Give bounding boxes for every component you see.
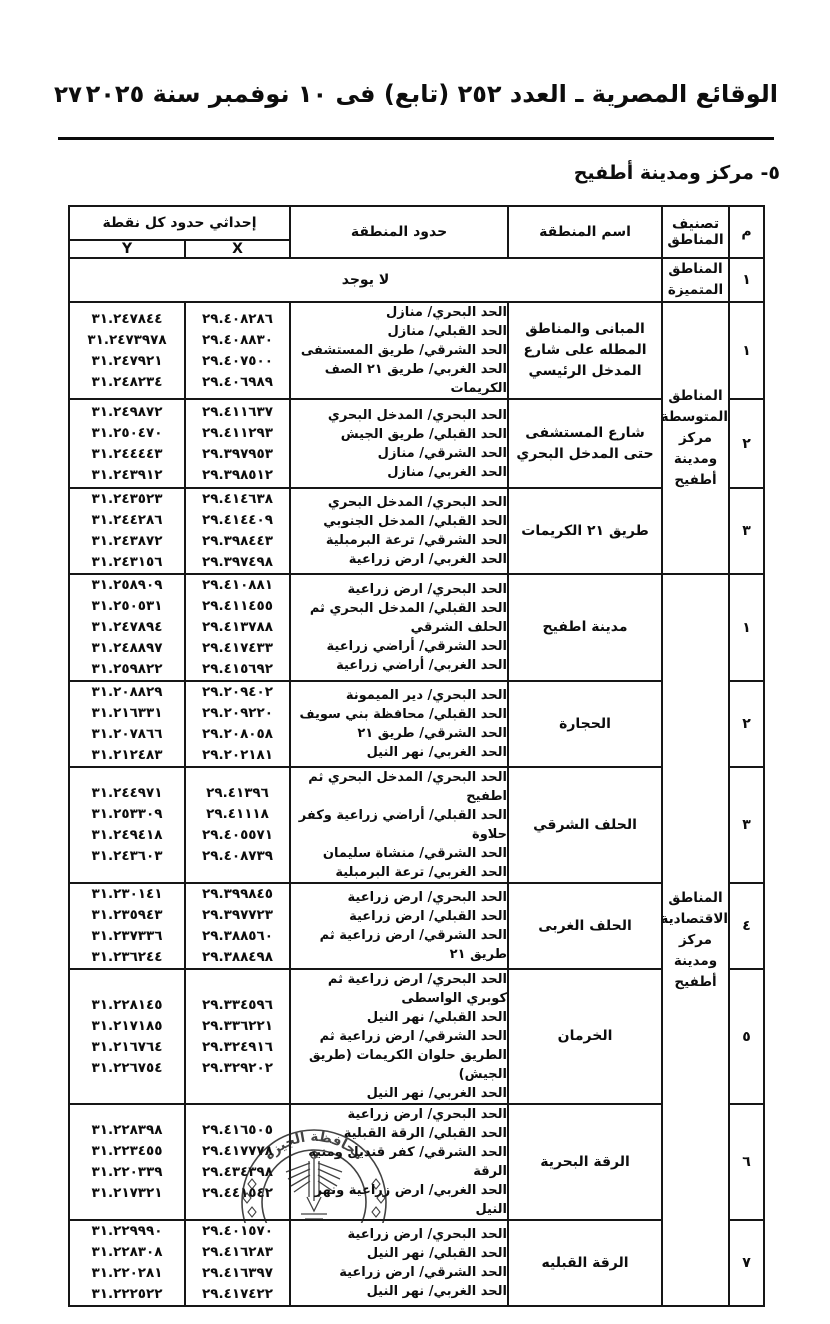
boundaries-cell: الحد البحري/ ارض زراعيةالحد القبلي/ نهر … <box>290 1220 508 1306</box>
table-row: ٥الخرمانالحد البحري/ ارض زراعية ثم كوبري… <box>69 969 764 1104</box>
x-coordinate: ٢٩.٤١٧٤٢٢ <box>186 1284 289 1305</box>
x-coordinate: ٢٩.٤١١٤٥٥ <box>186 596 289 617</box>
col-header-x: X <box>185 240 290 258</box>
y-coordinate: ٣١.٢٥٩٨٢٢ <box>70 659 184 680</box>
boundaries-cell: الحد البحري/ منازلالحد القبلي/ منازلالحد… <box>290 302 508 399</box>
area-name-cell: المبانى والمناطق المطله على شارع المدخل … <box>508 302 662 399</box>
y-coordinate: ٣١.٢٤٣٩١٢ <box>70 465 184 486</box>
boundaries-cell: الحد البحري/ ارض زراعية ثم كوبري الواسطى… <box>290 969 508 1104</box>
x-coordinate: ٢٩.٣٣٤٥٩٦ <box>186 995 289 1016</box>
boundary-line: الحد الغربي/ نهر النيل <box>291 743 507 762</box>
y-coordinate: ٣١.٢٢٩٩٩٠ <box>70 1221 184 1242</box>
gazette-page: الوقائع المصرية ـ العدد ٢٥٢ (تابع) فى ١٠… <box>0 0 830 1324</box>
x-coords-cell: ٢٩.٤٠٨٢٨٦٢٩.٤٠٨٨٣٠٢٩.٤٠٧٥٠٠٢٩.٤٠٦٩٨٩ <box>185 302 290 399</box>
boundary-line: الحد القبلي/ منازل <box>291 322 507 341</box>
boundaries-cell: الحد البحري/ المدخل البحريالحد القبلي/ ط… <box>290 399 508 488</box>
boundary-line: الحد القبلي/ المدخل البحري ثم الحلف الشر… <box>291 599 507 637</box>
row-serial: ٢ <box>729 681 764 767</box>
page-number: ٢٧ <box>50 82 82 108</box>
row-serial: ٢ <box>729 399 764 488</box>
boundary-line: الحد الغربي/ أراضي زراعية <box>291 656 507 675</box>
boundary-line: الحد القبلي/ أراضي زراعية وكفر حلاوة <box>291 806 507 844</box>
area-name-cell: الحلف الغربى <box>508 883 662 969</box>
x-coordinate: ٢٩.٤١١١٨ <box>186 804 289 825</box>
x-coordinate: ٢٩.٤٠٥٥٧١ <box>186 825 289 846</box>
y-coordinate: ٣١.٢٣٥٩٤٣ <box>70 905 184 926</box>
x-coordinate: ٢٩.٣٨٨٤٩٨ <box>186 947 289 968</box>
row-serial: ٦ <box>729 1104 764 1220</box>
y-coordinate: ٣١.٢٤٣٨٧٢ <box>70 531 184 552</box>
x-coordinate: ٢٩.٣٩٩٨٤٥ <box>186 884 289 905</box>
boundary-line: الحد الشرقي/ طريق ٢١ <box>291 724 507 743</box>
y-coordinate: ٣١.٢٥٨٩٠٩ <box>70 575 184 596</box>
y-coordinate: ٣١.٢١٢٤٨٣ <box>70 745 184 766</box>
x-coordinate: ٢٩.٤١٤٤٠٩ <box>186 510 289 531</box>
boundary-line: الحد البحري/ منازل <box>291 303 507 322</box>
x-coordinate: ٢٩.٤١٦٥٠٥ <box>186 1120 289 1141</box>
classification-cell: المناطق المتوسطة مركز ومدينة أطفيح <box>662 302 729 574</box>
boundary-line: الحد الشرقي/ ترعة البرمبلية <box>291 531 507 550</box>
table-row: ٢الحجارةالحد البحري/ دير الميمونةالحد ال… <box>69 681 764 767</box>
boundary-line: الحد القبلي/ نهر النيل <box>291 1244 507 1263</box>
x-coords-cell: ٢٩.٣٩٩٨٤٥٢٩.٣٩٧٧٢٣٢٩.٣٨٨٥٦٠٢٩.٣٨٨٤٩٨ <box>185 883 290 969</box>
x-coordinate: ٢٩.٤٤١٥٤٢ <box>186 1183 289 1204</box>
y-coordinate: ٣١.٢٣٧٣٣٦ <box>70 926 184 947</box>
boundary-line: الحد البحري/ المدخل البحري <box>291 406 507 425</box>
x-coords-cell: ٢٩.٤١٦٥٠٥٢٩.٤١٧٧٧٨٢٩.٤٣٤٣٩٨٢٩.٤٤١٥٤٢ <box>185 1104 290 1220</box>
y-coords-cell: ٣١.٢٤٣٥٢٣٣١.٢٤٤٢٨٦٣١.٢٤٣٨٧٢٣١.٢٤٣١٥٦ <box>69 488 185 574</box>
y-coords-cell: ٣١.٢٤٤٩٧١٣١.٢٥٣٣٠٩٣١.٢٤٩٤١٨٣١.٢٤٣٦٠٣ <box>69 767 185 883</box>
x-coords-cell: ٢٩.٣٣٤٥٩٦٢٩.٣٣٦٢٢١٢٩.٣٢٤٩١٦٢٩.٣٢٩٢٠٢ <box>185 969 290 1104</box>
boundary-line: الحد البحري/ المدخل البحري ثم اطفيح <box>291 768 507 806</box>
x-coordinate: ٢٩.٣٩٧٤٩٨ <box>186 552 289 573</box>
section-title: ٥- مركز ومدينة أطفيح <box>574 162 780 184</box>
gazette-title: الوقائع المصرية ـ العدد ٢٥٢ (تابع) فى ١٠… <box>86 80 778 108</box>
y-coordinate: ٣١.٢٠٧٨٦٦ <box>70 724 184 745</box>
row-serial: ١ <box>729 574 764 681</box>
y-coordinate: ٣١.٢٤٣١٥٦ <box>70 552 184 573</box>
area-name-cell: الحلف الشرقي <box>508 767 662 883</box>
row-serial: ٧ <box>729 1220 764 1306</box>
y-coordinate: ٣١.٢٤٤٤٤٣ <box>70 444 184 465</box>
classification-cell: المناطق الاقتصادية مركز ومدينة أطفيح <box>662 574 729 1306</box>
y-coordinate: ٣١.٢٥٣٣٠٩ <box>70 804 184 825</box>
table-row: ٤الحلف الغربىالحد البحري/ ارض زراعيةالحد… <box>69 883 764 969</box>
zones-table: م تصنيف المناطق اسم المنطقة حدود المنطقة… <box>68 205 765 1307</box>
y-coordinate: ٣١.٢١٧١٨٥ <box>70 1016 184 1037</box>
page-header: الوقائع المصرية ـ العدد ٢٥٢ (تابع) فى ١٠… <box>50 80 778 108</box>
row-serial: ٥ <box>729 969 764 1104</box>
boundary-line: الحد القبلي/ المدخل الجنوبي <box>291 512 507 531</box>
y-coordinate: ٣١.٢٤٧٨٤٤ <box>70 309 184 330</box>
boundaries-cell: الحد البحري/ ارض زراعيةالحد القبلي/ ارض … <box>290 883 508 969</box>
boundaries-cell: الحد البحري/ ارض زراعيةالحد القبلي/ الرق… <box>290 1104 508 1220</box>
boundary-line: الحد الغربي/ منازل <box>291 463 507 482</box>
y-coords-cell: ٣١.٢٢٩٩٩٠٣١.٢٢٨٣٠٨٣١.٢٢٠٢٨١٣١.٢٢٢٥٢٢ <box>69 1220 185 1306</box>
boundary-line: الحد الشرقي/ منشاة سليمان <box>291 844 507 863</box>
x-coords-cell: ٢٩.٤١٠٨٨١٢٩.٤١١٤٥٥٢٩.٤١٣٧٨٨٢٩.٤١٧٤٣٣٢٩.٤… <box>185 574 290 681</box>
x-coordinate: ٢٩.٣٩٧٧٢٣ <box>186 905 289 926</box>
area-name-cell: الحجارة <box>508 681 662 767</box>
table-row: ٣الحلف الشرقيالحد البحري/ المدخل البحري … <box>69 767 764 883</box>
y-coordinate: ٣١.٢٠٨٨٢٩ <box>70 682 184 703</box>
x-coordinate: ٢٩.٤١٧٧٧٨ <box>186 1141 289 1162</box>
x-coordinate: ٢٩.٢٠٩٤٠٢ <box>186 682 289 703</box>
x-coordinate: ٢٩.٤٠٨٧٣٩ <box>186 846 289 867</box>
classification-cell: المناطق المتميزة <box>662 258 729 302</box>
header-divider <box>58 137 774 140</box>
x-coords-cell: ٢٩.٤١١٦٣٧٢٩.٤١١٢٩٣٢٩.٣٩٧٩٥٣٢٩.٣٩٨٥١٢ <box>185 399 290 488</box>
area-name-cell: شارع المستشفى حتى المدخل البحري <box>508 399 662 488</box>
y-coordinate: ٣١.٢١٧٣٢١ <box>70 1183 184 1204</box>
row-serial: ١ <box>729 258 764 302</box>
row-serial: ٤ <box>729 883 764 969</box>
x-coordinate: ٢٩.٤١١٦٣٧ <box>186 402 289 423</box>
col-header-y: Y <box>69 240 185 258</box>
y-coordinate: ٣١.٢٤٣٥٢٣ <box>70 489 184 510</box>
y-coordinate: ٣١.٢٣٦٢٤٤ <box>70 947 184 968</box>
x-coordinate: ٢٩.٤١٣٩٦ <box>186 783 289 804</box>
area-name-cell: الخرمان <box>508 969 662 1104</box>
x-coordinate: ٢٩.٢٠٨٠٥٨ <box>186 724 289 745</box>
x-coords-cell: ٢٩.٤١٤٦٣٨٢٩.٤١٤٤٠٩٢٩.٣٩٨٤٤٣٢٩.٣٩٧٤٩٨ <box>185 488 290 574</box>
x-coordinate: ٢٩.٣٩٧٩٥٣ <box>186 444 289 465</box>
boundary-line: الحد الشرقي/ ارض زراعية ثم طريق ٢١ <box>291 926 507 964</box>
x-coords-cell: ٢٩.٤١٣٩٦٢٩.٤١١١٨٢٩.٤٠٥٥٧١٢٩.٤٠٨٧٣٩ <box>185 767 290 883</box>
boundary-line: الحد البحري/ دير الميمونة <box>291 686 507 705</box>
row-serial: ١ <box>729 302 764 399</box>
y-coords-cell: ٣١.٢٤٩٨٧٢٣١.٢٥٠٤٧٠٣١.٢٤٤٤٤٣٣١.٢٤٣٩١٢ <box>69 399 185 488</box>
x-coordinate: ٢٩.٢٠٩٢٢٠ <box>186 703 289 724</box>
y-coordinate: ٣١.٢٢٢٥٢٢ <box>70 1284 184 1305</box>
y-coords-cell: ٣١.٢٤٧٨٤٤٣١.٢٤٧٣٩٧٨٣١.٢٤٧٩٢١٣١.٢٤٨٢٣٤ <box>69 302 185 399</box>
table-row: ١المناطق الاقتصادية مركز ومدينة أطفيحمدي… <box>69 574 764 681</box>
zones-table-header: م تصنيف المناطق اسم المنطقة حدود المنطقة… <box>69 206 764 258</box>
boundary-line: الحد القبلي/ نهر النيل <box>291 1008 507 1027</box>
y-coordinate: ٣١.٢٤٩٤١٨ <box>70 825 184 846</box>
table-row: ٣طريق ٢١ الكريماتالحد البحري/ المدخل الب… <box>69 488 764 574</box>
y-coordinate: ٣١.٢٢٨١٤٥ <box>70 995 184 1016</box>
area-name-cell: مدينة اطفيح <box>508 574 662 681</box>
boundary-line: الحد الغربي/ ترعة البرمبلية <box>291 863 507 882</box>
boundary-line: الحد الشرقي/ ارض زراعية ثم الطريق حلوان … <box>291 1027 507 1084</box>
boundaries-cell: الحد البحري/ دير الميمونةالحد القبلي/ مح… <box>290 681 508 767</box>
y-coordinate: ٣١.٢٢٠٣٣٩ <box>70 1162 184 1183</box>
boundary-line: الحد الشرقي/ طريق المستشفى <box>291 341 507 360</box>
boundary-line: الحد البحري/ ارض زراعية <box>291 1225 507 1244</box>
x-coordinate: ٢٩.٤١٣٧٨٨ <box>186 617 289 638</box>
x-coordinate: ٢٩.٣٩٨٤٤٣ <box>186 531 289 552</box>
area-name-cell: طريق ٢١ الكريمات <box>508 488 662 574</box>
boundary-line: الحد الشرقي/ كفر قنديل ومنية الرقة <box>291 1143 507 1181</box>
y-coordinate: ٣١.٢٢٦٧٥٤ <box>70 1058 184 1079</box>
y-coordinate: ٣١.٢١٦٣٣١ <box>70 703 184 724</box>
x-coordinate: ٢٩.٤١٥٦٩٢ <box>186 659 289 680</box>
x-coordinate: ٢٩.٤٠٦٩٨٩ <box>186 372 289 393</box>
y-coordinate: ٣١.٢٤٧٨٩٤ <box>70 617 184 638</box>
x-coordinate: ٢٩.٣٢٩٢٠٢ <box>186 1058 289 1079</box>
x-coordinate: ٢٩.٣٢٤٩١٦ <box>186 1037 289 1058</box>
y-coordinate: ٣١.٢٢٣٤٥٥ <box>70 1141 184 1162</box>
table-row: ٦الرقة البحريةالحد البحري/ ارض زراعيةالح… <box>69 1104 764 1220</box>
boundary-line: الحد الغربي/ نهر النيل <box>291 1084 507 1103</box>
boundaries-cell: الحد البحري/ ارض زراعيةالحد القبلي/ المد… <box>290 574 508 681</box>
boundary-line: الحد الغربي/ نهر النيل <box>291 1282 507 1301</box>
y-coords-cell: ٣١.٢٠٨٨٢٩٣١.٢١٦٣٣١٣١.٢٠٧٨٦٦٣١.٢١٢٤٨٣ <box>69 681 185 767</box>
table-row: ١المناطق المتميزةلا يوجد <box>69 258 764 302</box>
col-header-coords: إحداثي حدود كل نقطة <box>69 206 290 240</box>
x-coordinate: ٢٩.٤٣٤٣٩٨ <box>186 1162 289 1183</box>
y-coordinate: ٣١.٢٤٧٩٢١ <box>70 351 184 372</box>
col-header-serial: م <box>729 206 764 258</box>
boundary-line: الحد البحري/ ارض زراعية ثم كوبري الواسطى <box>291 970 507 1008</box>
x-coordinate: ٢٩.٤١٠٨٨١ <box>186 575 289 596</box>
y-coordinate: ٣١.٢٤٨٢٣٤ <box>70 372 184 393</box>
boundary-line: الحد البحري/ المدخل البحري <box>291 493 507 512</box>
y-coordinate: ٣١.٢٤٨٨٩٧ <box>70 638 184 659</box>
x-coordinate: ٢٩.٤١١٢٩٣ <box>186 423 289 444</box>
table-row: ٢شارع المستشفى حتى المدخل البحريالحد الب… <box>69 399 764 488</box>
y-coordinate: ٣١.٢٤٤٢٨٦ <box>70 510 184 531</box>
boundary-line: الحد البحري/ ارض زراعية <box>291 580 507 599</box>
row-serial: ٣ <box>729 488 764 574</box>
boundary-line: الحد الغربي/ طريق ٢١ الصف الكريمات <box>291 360 507 398</box>
x-coordinate: ٢٩.٢٠٢١٨١ <box>186 745 289 766</box>
table-row: ٧الرقة القبليهالحد البحري/ ارض زراعيةالح… <box>69 1220 764 1306</box>
area-name-cell: الرقة البحرية <box>508 1104 662 1220</box>
y-coordinate: ٣١.٢٢٨٣٠٨ <box>70 1242 184 1263</box>
col-header-name: اسم المنطقة <box>508 206 662 258</box>
boundaries-cell: الحد البحري/ المدخل البحري ثم اطفيحالحد … <box>290 767 508 883</box>
x-coords-cell: ٢٩.٢٠٩٤٠٢٢٩.٢٠٩٢٢٠٢٩.٢٠٨٠٥٨٢٩.٢٠٢١٨١ <box>185 681 290 767</box>
area-name-cell: الرقة القبليه <box>508 1220 662 1306</box>
x-coordinate: ٢٩.٤١٤٦٣٨ <box>186 489 289 510</box>
boundary-line: الحد الشرقي/ أراضي زراعية <box>291 637 507 656</box>
x-coordinate: ٢٩.٤٠٨٢٨٦ <box>186 309 289 330</box>
x-coordinate: ٢٩.٤١٦٢٨٣ <box>186 1242 289 1263</box>
no-data-cell: لا يوجد <box>69 258 662 302</box>
x-coordinate: ٢٩.٣٣٦٢٢١ <box>186 1016 289 1037</box>
x-coordinate: ٢٩.٤١٦٣٩٧ <box>186 1263 289 1284</box>
boundary-line: الحد القبلي/ محافظة بني سويف <box>291 705 507 724</box>
table-row: ١المناطق المتوسطة مركز ومدينة أطفيحالمبا… <box>69 302 764 399</box>
boundary-line: الحد البحري/ ارض زراعية <box>291 1105 507 1124</box>
y-coordinate: ٣١.٢١٦٧٦٤ <box>70 1037 184 1058</box>
boundary-line: الحد القبلي/ ارض زراعية <box>291 907 507 926</box>
y-coordinate: ٣١.٢٢٨٣٩٨ <box>70 1120 184 1141</box>
boundaries-cell: الحد البحري/ المدخل البحريالحد القبلي/ ا… <box>290 488 508 574</box>
boundary-line: الحد الغربي/ ارض زراعية ونهر النيل <box>291 1181 507 1219</box>
boundary-line: الحد الشرقي/ منازل <box>291 444 507 463</box>
y-coords-cell: ٣١.٢٢٨١٤٥٣١.٢١٧١٨٥٣١.٢١٦٧٦٤٣١.٢٢٦٧٥٤ <box>69 969 185 1104</box>
boundary-line: الحد القبلي/ طريق الجيش <box>291 425 507 444</box>
y-coordinate: ٣١.٢٤٩٨٧٢ <box>70 402 184 423</box>
x-coordinate: ٢٩.٣٩٨٥١٢ <box>186 465 289 486</box>
col-header-classification: تصنيف المناطق <box>662 206 729 258</box>
boundary-line: الحد الغربي/ ارض زراعية <box>291 550 507 569</box>
y-coordinate: ٣١.٢٣٠١٤١ <box>70 884 184 905</box>
y-coordinate: ٣١.٢٤٤٩٧١ <box>70 783 184 804</box>
x-coordinate: ٢٩.٣٨٨٥٦٠ <box>186 926 289 947</box>
x-coordinate: ٢٩.٤٠١٥٧٠ <box>186 1221 289 1242</box>
y-coordinate: ٣١.٢٢٠٢٨١ <box>70 1263 184 1284</box>
row-serial: ٣ <box>729 767 764 883</box>
col-header-boundaries: حدود المنطقة <box>290 206 508 258</box>
y-coords-cell: ٣١.٢٣٠١٤١٣١.٢٣٥٩٤٣٣١.٢٣٧٣٣٦٣١.٢٣٦٢٤٤ <box>69 883 185 969</box>
zones-table-body: ١المناطق المتميزةلا يوجد١المناطق المتوسط… <box>69 258 764 1306</box>
y-coordinate: ٣١.٢٥٠٥٣١ <box>70 596 184 617</box>
boundary-line: الحد البحري/ ارض زراعية <box>291 888 507 907</box>
y-coords-cell: ٣١.٢٥٨٩٠٩٣١.٢٥٠٥٣١٣١.٢٤٧٨٩٤٣١.٢٤٨٨٩٧٣١.٢… <box>69 574 185 681</box>
y-coords-cell: ٣١.٢٢٨٣٩٨٣١.٢٢٣٤٥٥٣١.٢٢٠٣٣٩٣١.٢١٧٣٢١ <box>69 1104 185 1220</box>
x-coords-cell: ٢٩.٤٠١٥٧٠٢٩.٤١٦٢٨٣٢٩.٤١٦٣٩٧٢٩.٤١٧٤٢٢ <box>185 1220 290 1306</box>
x-coordinate: ٢٩.٤٠٨٨٣٠ <box>186 330 289 351</box>
y-coordinate: ٣١.٢٤٧٣٩٧٨ <box>70 330 184 351</box>
y-coordinate: ٣١.٢٥٠٤٧٠ <box>70 423 184 444</box>
y-coordinate: ٣١.٢٤٣٦٠٣ <box>70 846 184 867</box>
boundary-line: الحد الشرقي/ ارض زراعية <box>291 1263 507 1282</box>
x-coordinate: ٢٩.٤١٧٤٣٣ <box>186 638 289 659</box>
x-coordinate: ٢٩.٤٠٧٥٠٠ <box>186 351 289 372</box>
boundary-line: الحد القبلي/ الرقة القبلية <box>291 1124 507 1143</box>
